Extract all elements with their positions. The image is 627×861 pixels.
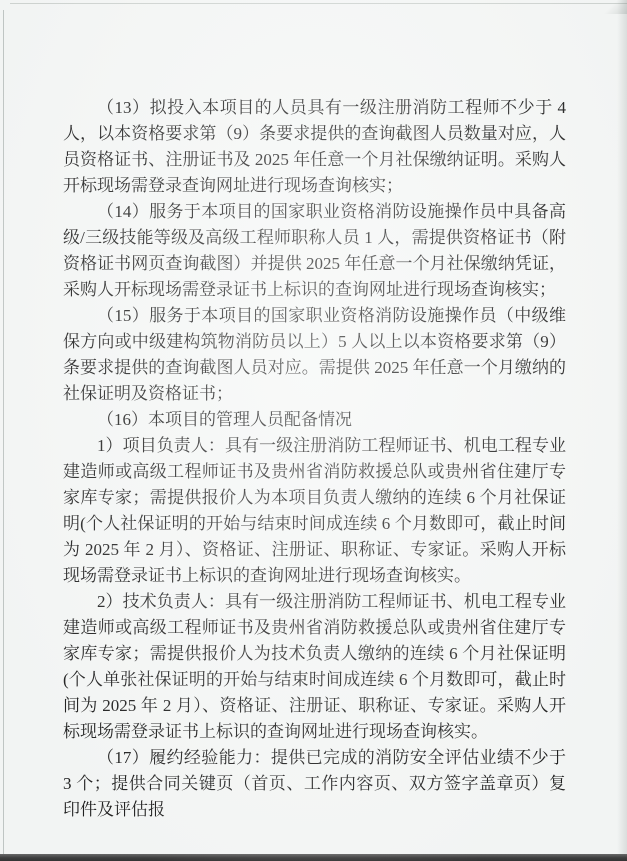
paragraph-item-14: （14）服务于本项目的国家职业资格消防设施操作员中具备高级/三级技能等级及高级工… — [63, 199, 566, 303]
paragraph-item-13: （13）拟投入本项目的人员具有一级注册消防工程师不少于 4 人，以本资格要求第（… — [63, 95, 566, 199]
paragraph-technical-leader: 2）技术负责人：具有一级注册消防工程师证书、机电工程专业建造师或高级工程师证书及… — [63, 589, 566, 745]
scan-edge-right-shade — [617, 0, 627, 854]
document-page: （13）拟投入本项目的人员具有一级注册消防工程师不少于 4 人，以本资格要求第（… — [0, 0, 627, 861]
scan-edge-corner-shade — [601, 0, 627, 14]
paragraph-item-15: （15）服务于本项目的国家职业资格消防设施操作员（中级维保方向或中级建构筑物消防… — [63, 303, 566, 407]
document-body-text: （13）拟投入本项目的人员具有一级注册消防工程师不少于 4 人，以本资格要求第（… — [63, 95, 566, 823]
scan-edge-top-line — [10, 3, 627, 4]
paragraph-item-17: （17）履约经验能力：提供已完成的消防安全评估业绩不少于 3 个；提供合同关键页… — [63, 745, 566, 823]
paragraph-project-leader: 1）项目负责人：具有一级注册消防工程师证书、机电工程专业建造师或高级工程师证书及… — [63, 433, 566, 589]
scan-edge-left-line — [3, 10, 4, 854]
paragraph-item-16-heading: （16）本项目的管理人员配备情况 — [63, 407, 566, 433]
scan-edge-bottom-strip — [0, 854, 627, 861]
